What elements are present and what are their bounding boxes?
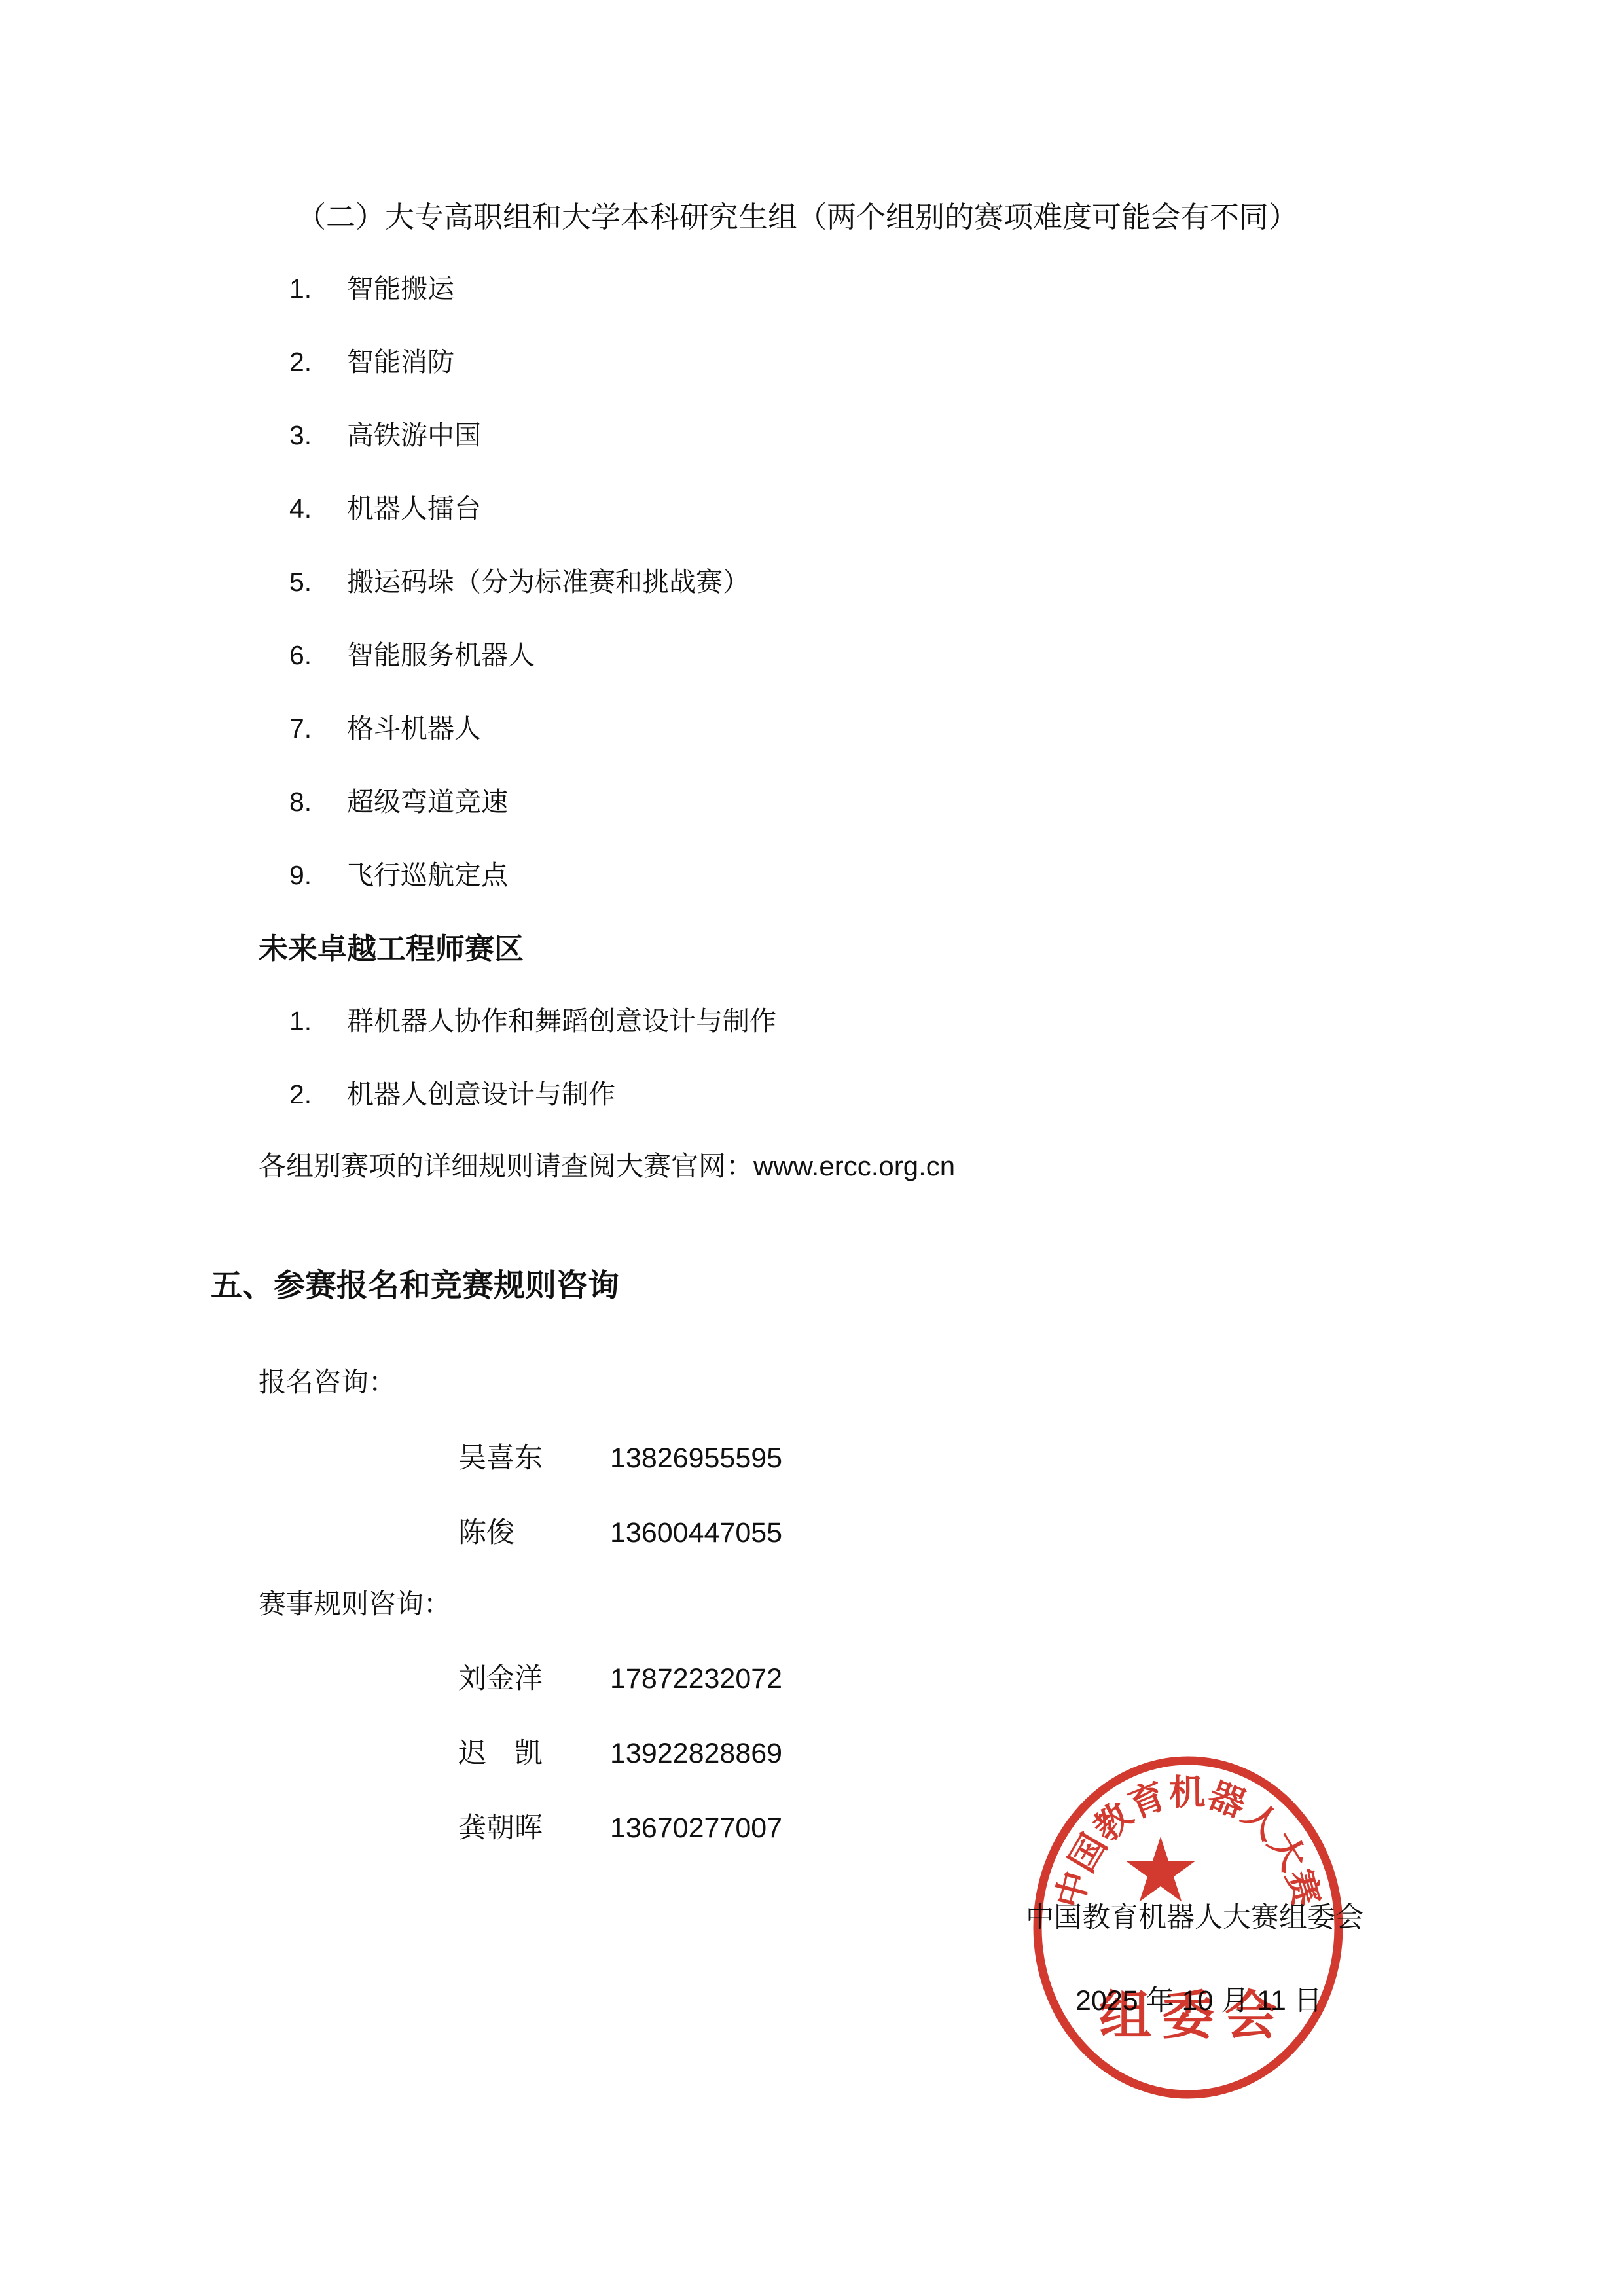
contact-phone: 17872232072 [610,1660,782,1697]
list-item-label: 机器人擂台 [347,490,481,527]
list-item: 3. 高铁游中国 [0,417,1624,454]
list-item-number: 7. [289,710,312,747]
list-item-number: 2. [289,1076,312,1113]
contact-phone: 13922828869 [610,1735,782,1772]
list-item: 1. 群机器人协作和舞蹈创意设计与制作 [0,1003,1624,1039]
star-icon [1127,1837,1195,1902]
list-item-number: 4. [289,490,312,527]
list-item-number: 9. [289,857,312,893]
contact-phone: 13826955595 [610,1440,782,1477]
list-item-label: 超级弯道竞速 [347,783,508,820]
list-item-number: 3. [289,417,312,454]
group2-heading: （二）大专高职组和大学本科研究生组（两个组别的赛项难度可能会有不同） [297,199,1298,236]
list-item: 2. 机器人创意设计与制作 [0,1076,1624,1113]
list-item-number: 5. [289,564,312,600]
list-item: 9. 飞行巡航定点 [0,857,1624,893]
list-item-number: 6. [289,637,312,673]
list-item: 8. 超级弯道竞速 [0,783,1624,820]
list-item-label: 飞行巡航定点 [347,857,508,893]
contact-name: 龚朝晖 [458,1810,543,1846]
contact-row: 刘金洋 17872232072 [0,1660,1624,1697]
contact-row: 陈俊 13600447055 [0,1515,1624,1551]
list-item-label: 智能消防 [347,344,454,380]
list-item: 2. 智能消防 [0,344,1624,380]
contact-name: 吴喜东 [458,1440,543,1477]
contact-name: 刘金洋 [458,1660,543,1697]
list-item-label: 机器人创意设计与制作 [347,1076,615,1113]
list-item: 7. 格斗机器人 [0,710,1624,747]
seal-arc-text: 中国教育机器人大赛 [1049,1773,1326,1912]
list-item-number: 2. [289,344,312,380]
section5-heading: 五、参赛报名和竞赛规则咨询 [211,1268,619,1304]
registration-label: 报名咨询： [259,1364,396,1401]
contact-name: 陈俊 [458,1515,514,1551]
list-item: 1. 智能搬运 [0,270,1624,307]
list-item: 6. 智能服务机器人 [0,637,1624,673]
list-item-label: 智能搬运 [347,270,454,307]
list-item-number: 1. [289,270,312,307]
contact-name: 迟 凯 [458,1735,543,1772]
official-seal-graphic: 中国教育机器人大赛 组委会 [1005,1744,1371,2111]
list-item-label: 智能服务机器人 [347,637,535,673]
contact-phone: 13600447055 [610,1515,782,1551]
list-item: 4. 机器人擂台 [0,490,1624,527]
list-item-number: 8. [289,783,312,820]
seal-bottom-text: 组委会 [1099,1986,1288,2045]
contact-row: 吴喜东 13826955595 [0,1440,1624,1477]
contact-row: 迟 凯 13922828869 [0,1735,1624,1772]
future-zone-heading: 未来卓越工程师赛区 [259,931,524,967]
list-item-label: 高铁游中国 [347,417,481,454]
official-seal: 中国教育机器人大赛 组委会 [1005,1744,1371,2111]
list-item-label: 格斗机器人 [347,710,481,747]
list-item-label: 群机器人协作和舞蹈创意设计与制作 [347,1003,776,1039]
document-page: （二）大专高职组和大学本科研究生组（两个组别的赛项难度可能会有不同） 1. 智能… [0,0,1624,2296]
list-item-number: 1. [289,1003,312,1039]
rules-label: 赛事规则咨询： [259,1586,451,1623]
contact-phone: 13670277007 [610,1810,782,1846]
list-item: 5. 搬运码垛（分为标准赛和挑战赛） [0,564,1624,600]
list-item-label: 搬运码垛（分为标准赛和挑战赛） [347,564,749,600]
contact-row: 龚朝晖 13670277007 [0,1810,1624,1846]
rules-note: 各组别赛项的详细规则请查阅大赛官网：www.ercc.org.cn [259,1148,955,1185]
